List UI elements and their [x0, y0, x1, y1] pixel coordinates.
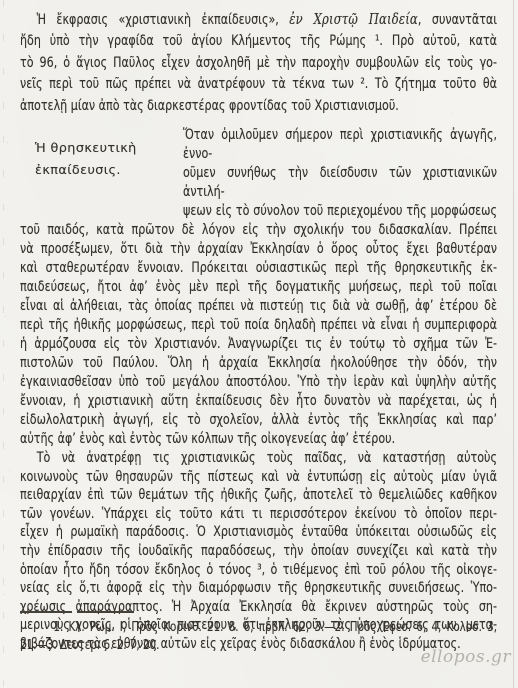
text-line: παιδεύσεως, ἤτοι ἀφ’ ἑνὸς μὲν περὶ τῆς δ…: [20, 278, 497, 297]
text-line: ψεων εἰς τὸ σύνολον τοῦ περιεχομένου τῆς…: [183, 202, 497, 221]
text-line: περὶ τῆς ἠθικῆς μορφώσεως, περὶ τοῦ ποία…: [20, 316, 497, 335]
text-line: ἔννοιαν, ἡ χριστιανικὴ αὕτη ἐκπαίδευσις …: [20, 392, 497, 411]
scan-edge-line-left: [3, 0, 4, 688]
footnote-separator-segment: [77, 611, 134, 613]
text-segment: Ἡ ἔκφρασις «χριστιανικὴ ἐκπαίδευσις»,: [37, 12, 290, 28]
text-line: εἰδωλολατρικὴ ἀγωγή, εἰς τὸ σχολεῖον, ἀλ…: [20, 411, 497, 430]
paragraph-p2: Ὅταν ὁμιλοῦμεν σήμερον περὶ χριστιανικῆς…: [20, 126, 498, 449]
text-line: κοινωνοὺς τῶν θησαυρῶν τῆς πίστεως καὶ ν…: [20, 468, 497, 487]
text-line: νὰ προσέξωμεν, ὅτι διὰ τὴν ἀρχαίαν Ἐκκλη…: [20, 240, 497, 259]
text-line: εἶναι αἱ ἀλήθειαι, τὰς ὁποίας πρέπει νὰ …: [20, 297, 497, 316]
footnote-line: 1. Κλ. Ρωμ. Ι, Πρὸς Κορινθ. 21. 8. 6, πρ…: [20, 619, 497, 637]
scan-edge-line-right: [513, 0, 514, 688]
text-line: νείας εἰς ὅ,τι ἀφορᾷ εἰς τὴν διαμόρφωσιν…: [20, 579, 497, 598]
text-line: πιστολῶν τοῦ Παύλου. Ὅλη ἡ ἀρχαία Ἐκκλησ…: [20, 354, 497, 373]
italic-phrase: ἐν Χριστῷ Παιδεία: [289, 11, 418, 28]
text-line: εἶχεν ἡ ρωμαϊκὴ παράδοσις. Ὁ Χριστιανισμ…: [20, 523, 497, 542]
text-line: πειθαρχίαν ἐπὶ τῶν θεμάτων τῆς ἠθικῆς ζω…: [20, 486, 497, 505]
text-line: τὴν ἐπίδρασιν τῆς ἰουδαϊκῆς παραδόσεως, …: [20, 542, 497, 561]
text-line: νεῖς περὶ τοῦ πῶς πρέπει νὰ ἀνατρέφουν τ…: [20, 74, 497, 95]
text-line: αὐτῆς ἀφ’ ἑνὸς καὶ ἐντὸς τῶν κόλπων τῆς …: [20, 430, 497, 449]
scan-speckles: [0, 0, 1, 1]
text-line: Ἡ ἔκφρασις «χριστιανικὴ ἐκπαίδευσις», ἐν…: [20, 9, 497, 31]
watermark: ellopos.gr: [421, 647, 511, 667]
paragraph-p1: Ἡ ἔκφρασις «χριστιανικὴ ἐκπαίδευσις», ἐν…: [20, 9, 498, 117]
text-line: τοῦ παιδός, κατὰ πρῶτον δὲ λόγον εἰς τὴν…: [20, 221, 497, 240]
text-line: τῶν γονέων. Ὑπάρχει εἰς τοῦτο κάτι τι πε…: [20, 505, 497, 524]
footnote-separator: [20, 611, 498, 614]
text-line: καὶ σταθερωτέραν ἔννοιαν. Πρόκειται οὐσι…: [20, 259, 497, 278]
text-line: οῦμεν συνήθως τὴν διείσδυσιν τῶν χριστια…: [183, 164, 497, 202]
body-text: Ἡ θρησκευτικὴ ἐκπαίδευσις. Ἡ ἔκφρασις «χ…: [20, 9, 498, 654]
text-line: τὸ 96, ὁ ἅγιος Παῦλος εἶχεν ἀσχοληθῆ μὲ …: [20, 53, 497, 74]
text-line: ἤδη ὑπὸ τὴν γραφίδα τοῦ ἁγίου Κλήμεντος …: [20, 31, 497, 52]
text-line: ὁποίαν ἦτο ἤδη τόσον ἔκδηλος ὁ τόνος ³, …: [20, 561, 497, 580]
text-line: ἡ ἁρμόζουσα εἰς τὸν Χριστιανόν. Ἀναγνωρί…: [20, 335, 497, 354]
text-line: Τὸ νὰ ἀνατρέφῃ τις χριστιανικῶς τοὺς παῖ…: [20, 449, 497, 468]
text-line: Ὅταν ὁμιλοῦμεν σήμερον περὶ χριστιανικῆς…: [183, 126, 497, 164]
footnote-separator-segment: [20, 611, 72, 613]
text-line: ἐγκαινιασθεῖσαν ὑπὸ τοῦ μεγάλου ἀποστόλο…: [20, 373, 497, 392]
text-segment: , συναντᾶται: [418, 12, 497, 28]
scanned-book-page: Ἡ θρησκευτικὴ ἐκπαίδευσις. Ἡ ἔκφρασις «χ…: [0, 0, 518, 688]
text-line: ἀποτελῇ μίαν ἀπὸ τὰς διαρκεστέρας φροντί…: [20, 96, 497, 117]
